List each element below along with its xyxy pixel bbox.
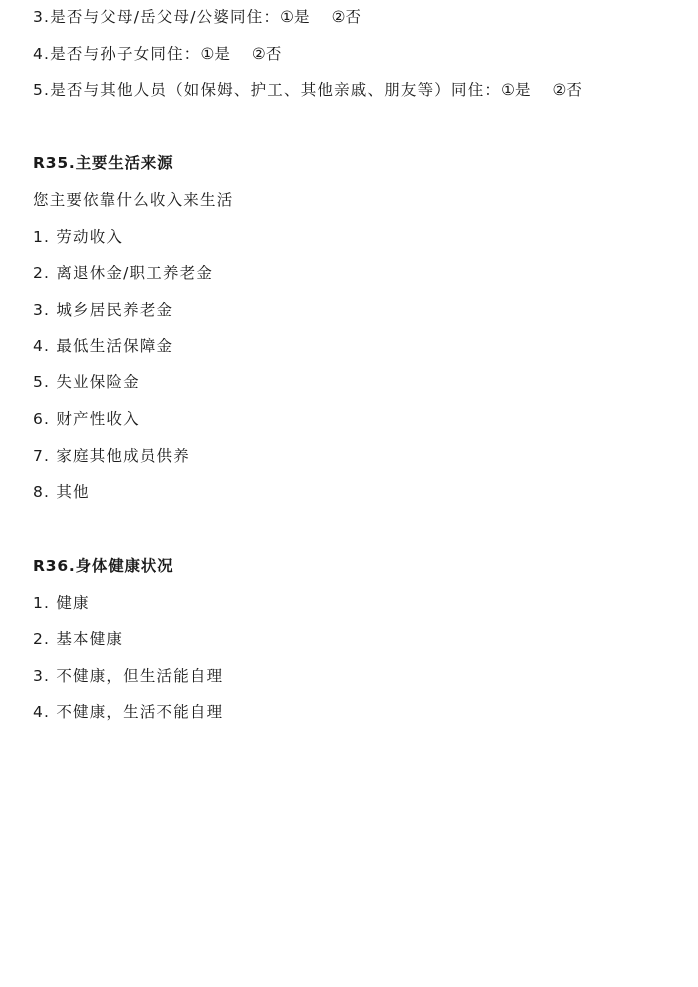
question-text: 是否与孙子女同住： [50,45,200,63]
r36-option-3[interactable]: 3. 不健康，但生活能自理 [33,666,223,686]
r35-option-4[interactable]: 4. 最低生活保障金 [33,336,173,356]
question-number: 5. [33,81,50,99]
r35-prompt: 您主要依靠什么收入来生活 [33,190,233,210]
r35-title: R35.主要生活来源 [33,153,173,173]
option-no[interactable]: ②否 [332,8,361,26]
option-yes[interactable]: ①是 [280,8,309,26]
r35-option-5[interactable]: 5. 失业保险金 [33,372,140,392]
r36-option-4[interactable]: 4. 不健康，生活不能自理 [33,702,223,722]
question-text: 是否与父母/岳父母/公婆同住： [50,8,280,26]
r35-option-8[interactable]: 8. 其他 [33,482,90,502]
option-yes[interactable]: ①是 [501,81,530,99]
r35-option-6[interactable]: 6. 财产性收入 [33,409,140,429]
cohabitation-question-4: 4.是否与孙子女同住：①是②否 [33,44,281,64]
option-yes[interactable]: ①是 [201,45,230,63]
cohabitation-question-3: 3.是否与父母/岳父母/公婆同住：①是②否 [33,7,361,27]
r35-option-1[interactable]: 1. 劳动收入 [33,227,123,247]
option-no[interactable]: ②否 [553,81,582,99]
r36-option-2[interactable]: 2. 基本健康 [33,629,123,649]
r35-option-2[interactable]: 2. 离退休金/职工养老金 [33,263,213,283]
r36-option-1[interactable]: 1. 健康 [33,593,90,613]
cohabitation-question-5: 5.是否与其他人员（如保姆、护工、其他亲戚、朋友等）同住：①是②否 [33,80,582,100]
question-text: 是否与其他人员（如保姆、护工、其他亲戚、朋友等）同住： [50,81,501,99]
question-number: 4. [33,45,50,63]
r36-title: R36.身体健康状况 [33,556,173,576]
question-number: 3. [33,8,50,26]
option-no[interactable]: ②否 [252,45,281,63]
r35-option-7[interactable]: 7. 家庭其他成员供养 [33,446,190,466]
document-page: 3.是否与父母/岳父母/公婆同住：①是②否 4.是否与孙子女同住：①是②否 5.… [0,0,698,987]
r35-option-3[interactable]: 3. 城乡居民养老金 [33,300,173,320]
